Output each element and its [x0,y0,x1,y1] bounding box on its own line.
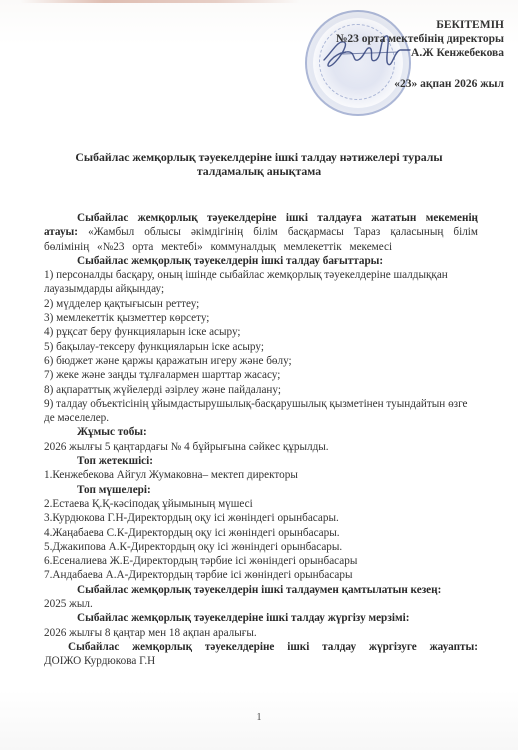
approval-block: БЕКІТЕМІН №23 орта мектебінің директоры … [274,18,504,91]
direction-item: 3) мемлекеттік қызметтер көрсету; [44,311,478,325]
direction-item: 1) персоналды басқару, оның ішінде сыбай… [44,268,478,297]
group-members-list: 2.Естаева Қ.Қ-кәсіподақ ұйымының мүшесі … [44,497,478,583]
page-number: 1 [0,712,518,723]
direction-item: 8) ақпараттық жүйелерді әзірлеу және пай… [44,383,478,397]
duration-text: 2026 жылғы 8 қаңтар мен 18 ақпан аралығы… [44,626,478,640]
directions-list: 1) персоналды басқару, оның ішінде сыбай… [44,268,478,425]
approval-date: «23» ақпан 2026 жыл [274,77,504,91]
direction-item: 9) талдау объектісінің ұйымдастырушылық-… [44,397,478,426]
institution-paragraph: Сыбайлас жемқорлық тәуекелдеріне ішкі та… [44,211,478,254]
group-leader-text: 1.Кенжебекова Айгул Жумаковна– мектеп ди… [44,468,478,482]
group-member-item: 5.Джакипова А.К-Директордың оқу ісі жөні… [44,540,478,554]
institution-value: «Жамбыл облысы әкімдігінің білім басқарм… [44,226,478,252]
group-members-heading: Топ мүшелері: [44,483,478,497]
duration-heading: Сыбайлас жемқорлық тәуекелдеріне ішкі та… [44,611,478,625]
title-line-1: Сыбайлас жемқорлық тәуекелдеріне ішкі та… [40,150,478,164]
title-line-2: талдамалық анықтама [40,164,478,178]
document-page: БЕКІТЕМІН №23 орта мектебінің директоры … [0,0,518,750]
direction-item: 6) бюджет және қаржы қаражатын игеру жән… [44,354,478,368]
working-group-text: 2026 жылғы 5 қаңтардағы № 4 бұйрығына сә… [44,440,478,454]
period-text: 2025 жыл. [44,597,478,611]
group-leader-heading: Топ жетекшісі: [44,454,478,468]
responsible-text: ДОІЖО Курдюкова Г.Н [44,654,478,668]
document-body: Сыбайлас жемқорлық тәуекелдеріне ішкі та… [44,211,478,669]
group-member-item: 7.Андабаева А.А-Директордың тәрбие ісі ж… [44,568,478,582]
approval-heading: БЕКІТЕМІН [274,18,504,32]
scan-edge-shadow [20,0,300,3]
group-member-item: 3.Курдюкова Г.Н-Директордың оқу ісі жөні… [44,511,478,525]
responsible-heading: Сыбайлас жемқорлық тәуекелдеріне ішкі та… [44,640,478,654]
approver-name: А.Ж Кенжебекова [274,46,504,60]
direction-item: 5) бақылау-тексеру функцияларын іске асы… [44,340,478,354]
direction-item: 4) рұқсат беру функцияларын іске асыру; [44,325,478,339]
period-heading: Сыбайлас жемқорлық тәуекелдерін ішкі тал… [44,583,478,597]
document-title: Сыбайлас жемқорлық тәуекелдеріне ішкі та… [40,150,478,178]
direction-item: 2) мүдделер қақтығысын реттеу; [44,297,478,311]
group-member-item: 6.Есеналиева Ж.Е-Директордың тәрбие ісі … [44,554,478,568]
group-member-item: 2.Естаева Қ.Қ-кәсіподақ ұйымының мүшесі [44,497,478,511]
directions-heading: Сыбайлас жемқорлық тәуекелдерін ішкі тал… [44,254,478,268]
working-group-heading: Жұмыс тобы: [44,425,478,439]
direction-item: 7) жеке және заңды тұлғалармен шарттар ж… [44,368,478,382]
group-member-item: 4.Жаңабаева С.К-Директордың оқу ісі жөні… [44,526,478,540]
approver-position: №23 орта мектебінің директоры [274,32,504,46]
